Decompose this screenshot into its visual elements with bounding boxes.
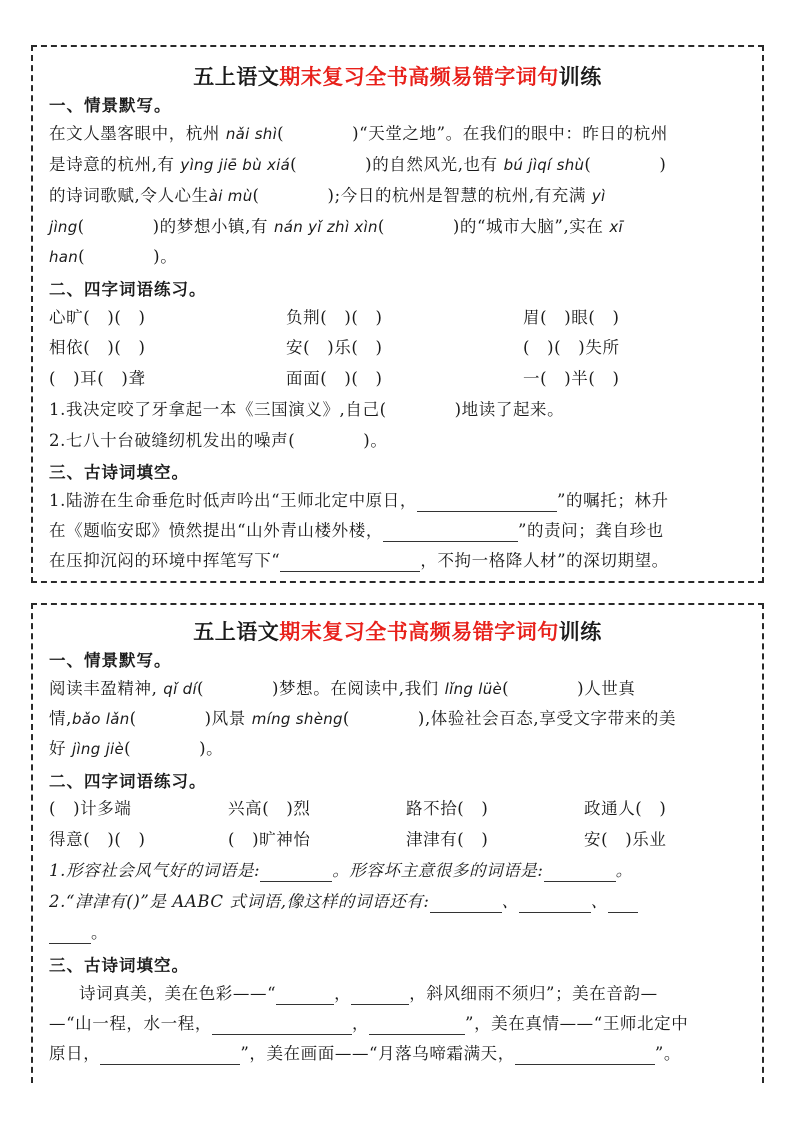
pinyin: ài mù — [209, 187, 253, 205]
text: ”。 — [655, 1044, 681, 1063]
poetry-line-1: 1.陆游在生命垂危时低声吟出“王师北定中原日，”的嘱托；林升 — [49, 490, 669, 512]
answer-underline[interactable] — [383, 523, 518, 542]
pinyin: bú jìqí shù — [504, 156, 585, 174]
title-highlight: 期末复习全书高频易错字词句 — [279, 65, 559, 89]
text: 好 — [49, 739, 72, 758]
idiom-sentence-1: 1.形容社会风气好的词语是:。形容坏主意很多的词语是:。 — [49, 860, 633, 882]
text: )的梦想小镇,有 — [153, 217, 274, 236]
text: ，斜风细雨不须归”；美在音韵— — [409, 984, 657, 1003]
text: 在文人墨客眼中，杭州 — [49, 124, 226, 143]
text: ”，美在画面——“月落乌啼霜满天， — [240, 1044, 515, 1063]
text: ，不拘一格降人材”的深切期望。 — [420, 551, 668, 570]
text: 2.“津津有()”是 AABC 式词语,像这样的词语还有: — [49, 892, 430, 911]
text: 是诗意的杭州,有 — [49, 155, 180, 174]
text: ”的责问；龚自珍也 — [518, 521, 664, 540]
section-heading-poetry: 三、古诗词填空。 — [49, 459, 189, 483]
recall-line-3: 好 jìng jiè()。 — [49, 738, 223, 760]
idiom-item[interactable]: 政通人( ) — [584, 798, 666, 820]
idiom-item[interactable]: 眉( )眼( ) — [523, 307, 620, 329]
section-heading-poetry: 三、古诗词填空。 — [49, 952, 189, 976]
pinyin: míng shèng — [252, 710, 343, 728]
pinyin: han — [49, 248, 78, 266]
text: 在压抑沉闷的环境中挥笔写下“ — [49, 551, 280, 570]
answer-underline[interactable] — [515, 1046, 655, 1065]
idiom-item[interactable]: 相依( )( ) — [49, 337, 146, 359]
poetry-line-3: 在压抑沉闷的环境中挥笔写下“，不拘一格降人材”的深切期望。 — [49, 550, 669, 572]
text: 。 — [616, 861, 633, 880]
text: ”，美在真情——“王师北定中 — [465, 1014, 688, 1033]
text: 在《题临安邸》愤然提出“山外青山楼外楼， — [49, 521, 383, 540]
worksheet-2: 五上语文期末复习全书高频易错字词句训练 一、情景默写。 阅读丰盈精神, qǐ d… — [31, 603, 764, 1083]
recall-line-2: 情,bǎo lǎn()风景 míng shèng(),体验社会百态,享受文字带来… — [49, 708, 676, 730]
pinyin: qǐ dí — [163, 680, 197, 698]
idiom-item[interactable]: 一( )半( ) — [523, 368, 620, 390]
section-heading-idioms: 二、四字词语练习。 — [49, 768, 207, 792]
poetry-line-2: 在《题临安邸》愤然提出“山外青山楼外楼，”的责问；龚自珍也 — [49, 520, 664, 542]
text: ， — [352, 1014, 369, 1033]
paren-open: ( — [502, 679, 509, 698]
paren-open: ( — [253, 186, 260, 205]
idiom-item[interactable]: ( )耳( )聋 — [49, 368, 146, 390]
text: 、 — [591, 892, 608, 911]
text: )。 — [199, 739, 223, 758]
text: )的自然风光,也有 — [365, 155, 503, 174]
paren-open: ( — [78, 247, 85, 266]
answer-underline[interactable] — [417, 493, 557, 512]
idiom-sentence-2-cont: 。 — [49, 922, 108, 944]
recall-line-1: 在文人墨客眼中，杭州 nǎi shì()“天堂之地”。在我们的眼中：昨日的杭州 — [49, 123, 668, 145]
text: ),体验社会百态,享受文字带来的美 — [418, 709, 676, 728]
idiom-item[interactable]: ( )旷神怡 — [228, 829, 310, 851]
worksheet-title: 五上语文期末复习全书高频易错字词句训练 — [33, 616, 762, 646]
title-prefix: 五上语文 — [193, 620, 279, 644]
text: )的“城市大脑”,实在 — [453, 217, 610, 236]
answer-underline[interactable] — [608, 894, 638, 913]
title-suffix: 训练 — [559, 65, 602, 89]
idiom-sentence-1: 1.我决定咬了牙拿起一本《三国演义》,自己()地读了起来。 — [49, 399, 564, 421]
section-heading-idioms: 二、四字词语练习。 — [49, 276, 207, 300]
text: 。形容坏主意很多的词语是: — [332, 861, 543, 880]
answer-underline[interactable] — [280, 553, 420, 572]
paren-open: ( — [290, 155, 297, 174]
answer-underline[interactable] — [369, 1016, 465, 1035]
pinyin: yì — [592, 187, 606, 205]
poetry-line-3: 原日，”，美在画面——“月落乌啼霜满天，”。 — [49, 1043, 681, 1065]
text: 。 — [91, 923, 108, 942]
paren-open: ( — [197, 679, 204, 698]
answer-underline[interactable] — [519, 894, 591, 913]
text: 1.陆游在生命垂危时低声吟出“王师北定中原日， — [49, 491, 417, 510]
text: —“山一程，水一程， — [49, 1014, 212, 1033]
idiom-item[interactable]: 得意( )( ) — [49, 829, 146, 851]
text: 2.七八十台破缝纫机发出的噪声( — [49, 431, 295, 450]
text: )人世真 — [577, 679, 635, 698]
pinyin: yìng jiē bù xiá — [180, 156, 290, 174]
poetry-line-2: —“山一程，水一程，，”，美在真情——“王师北定中 — [49, 1013, 688, 1035]
answer-underline[interactable] — [430, 894, 502, 913]
text: )地读了起来。 — [455, 400, 565, 419]
text: 阅读丰盈精神, — [49, 679, 163, 698]
paren-open: ( — [584, 155, 591, 174]
answer-underline[interactable] — [544, 863, 616, 882]
pinyin: jìng jiè — [72, 740, 124, 758]
idiom-item[interactable]: 津津有( ) — [406, 829, 488, 851]
idiom-item[interactable]: ( )( )失所 — [523, 337, 620, 359]
idiom-item[interactable]: 负荆( )( ) — [286, 307, 383, 329]
section-heading-recall: 一、情景默写。 — [49, 92, 172, 116]
paren-open: ( — [124, 739, 131, 758]
text: )梦想。在阅读中,我们 — [272, 679, 445, 698]
text: )风景 — [205, 709, 252, 728]
text: ”的嘱托；林升 — [557, 491, 669, 510]
answer-underline[interactable] — [351, 986, 409, 1005]
recall-line-4: jìng()的梦想小镇,有 nán yǐ zhì xìn()的“城市大脑”,实在… — [49, 216, 623, 238]
idiom-item[interactable]: 心旷( )( ) — [49, 307, 146, 329]
paren-open: ( — [78, 217, 85, 236]
text: 原日， — [49, 1044, 100, 1063]
paren-open: ( — [378, 217, 385, 236]
paren-open: ( — [343, 709, 350, 728]
answer-underline[interactable] — [212, 1016, 352, 1035]
text: );今日的杭州是智慧的杭州,有充满 — [328, 186, 592, 205]
paren-open: ( — [277, 124, 284, 143]
answer-underline[interactable] — [260, 863, 332, 882]
worksheet-1: 五上语文期末复习全书高频易错字词句训练 一、情景默写。 在文人墨客眼中，杭州 n… — [31, 45, 764, 583]
text: )。 — [363, 431, 387, 450]
text: )。 — [153, 247, 177, 266]
paren-close: ) — [659, 155, 666, 174]
idiom-item[interactable]: 兴高( )烈 — [228, 798, 310, 820]
answer-underline[interactable] — [49, 925, 91, 944]
pinyin: nǎi shì — [226, 125, 277, 143]
idiom-item[interactable]: 面面( )( ) — [286, 368, 383, 390]
pinyin: jìng — [49, 218, 78, 236]
recall-line-2: 是诗意的杭州,有 yìng jiē bù xiá()的自然风光,也有 bú jì… — [49, 154, 666, 176]
text: )“天堂之地”。在我们的眼中：昨日的杭州 — [352, 124, 668, 143]
text: ， — [334, 984, 351, 1003]
text: 、 — [502, 892, 519, 911]
pinyin: nán yǐ zhì xìn — [274, 218, 378, 236]
answer-underline[interactable] — [276, 986, 334, 1005]
text: 1.形容社会风气好的词语是: — [49, 861, 260, 880]
idiom-sentence-2: 2.“津津有()”是 AABC 式词语,像这样的词语还有:、、 — [49, 891, 638, 913]
text: 的诗词歌赋,令人心生 — [49, 186, 209, 205]
text: 情, — [49, 709, 72, 728]
recall-line-5: han()。 — [49, 246, 177, 268]
poetry-line-1: 诗词真美，美在色彩——“，，斜风细雨不须归”；美在音韵— — [79, 983, 658, 1005]
pinyin: bǎo lǎn — [72, 710, 130, 728]
title-prefix: 五上语文 — [193, 65, 279, 89]
idiom-sentence-2: 2.七八十台破缝纫机发出的噪声()。 — [49, 430, 387, 452]
pinyin: lǐng lüè — [445, 680, 502, 698]
title-highlight: 期末复习全书高频易错字词句 — [279, 620, 559, 644]
idiom-item[interactable]: ( )计多端 — [49, 798, 131, 820]
idiom-item[interactable]: 安( )乐( ) — [286, 337, 383, 359]
text: 1.我决定咬了牙拿起一本《三国演义》,自己( — [49, 400, 387, 419]
answer-underline[interactable] — [100, 1046, 240, 1065]
recall-line-1: 阅读丰盈精神, qǐ dí()梦想。在阅读中,我们 lǐng lüè()人世真 — [49, 678, 635, 700]
section-heading-recall: 一、情景默写。 — [49, 647, 172, 671]
pinyin: xī — [609, 218, 623, 236]
paren-open: ( — [130, 709, 137, 728]
idiom-item[interactable]: 安( )乐业 — [584, 829, 666, 851]
idiom-item[interactable]: 路不拾( ) — [406, 798, 488, 820]
recall-line-3: 的诗词歌赋,令人心生ài mù();今日的杭州是智慧的杭州,有充满 yì — [49, 185, 606, 207]
worksheet-title: 五上语文期末复习全书高频易错字词句训练 — [33, 61, 762, 91]
text: 诗词真美，美在色彩——“ — [79, 984, 276, 1003]
title-suffix: 训练 — [559, 620, 602, 644]
